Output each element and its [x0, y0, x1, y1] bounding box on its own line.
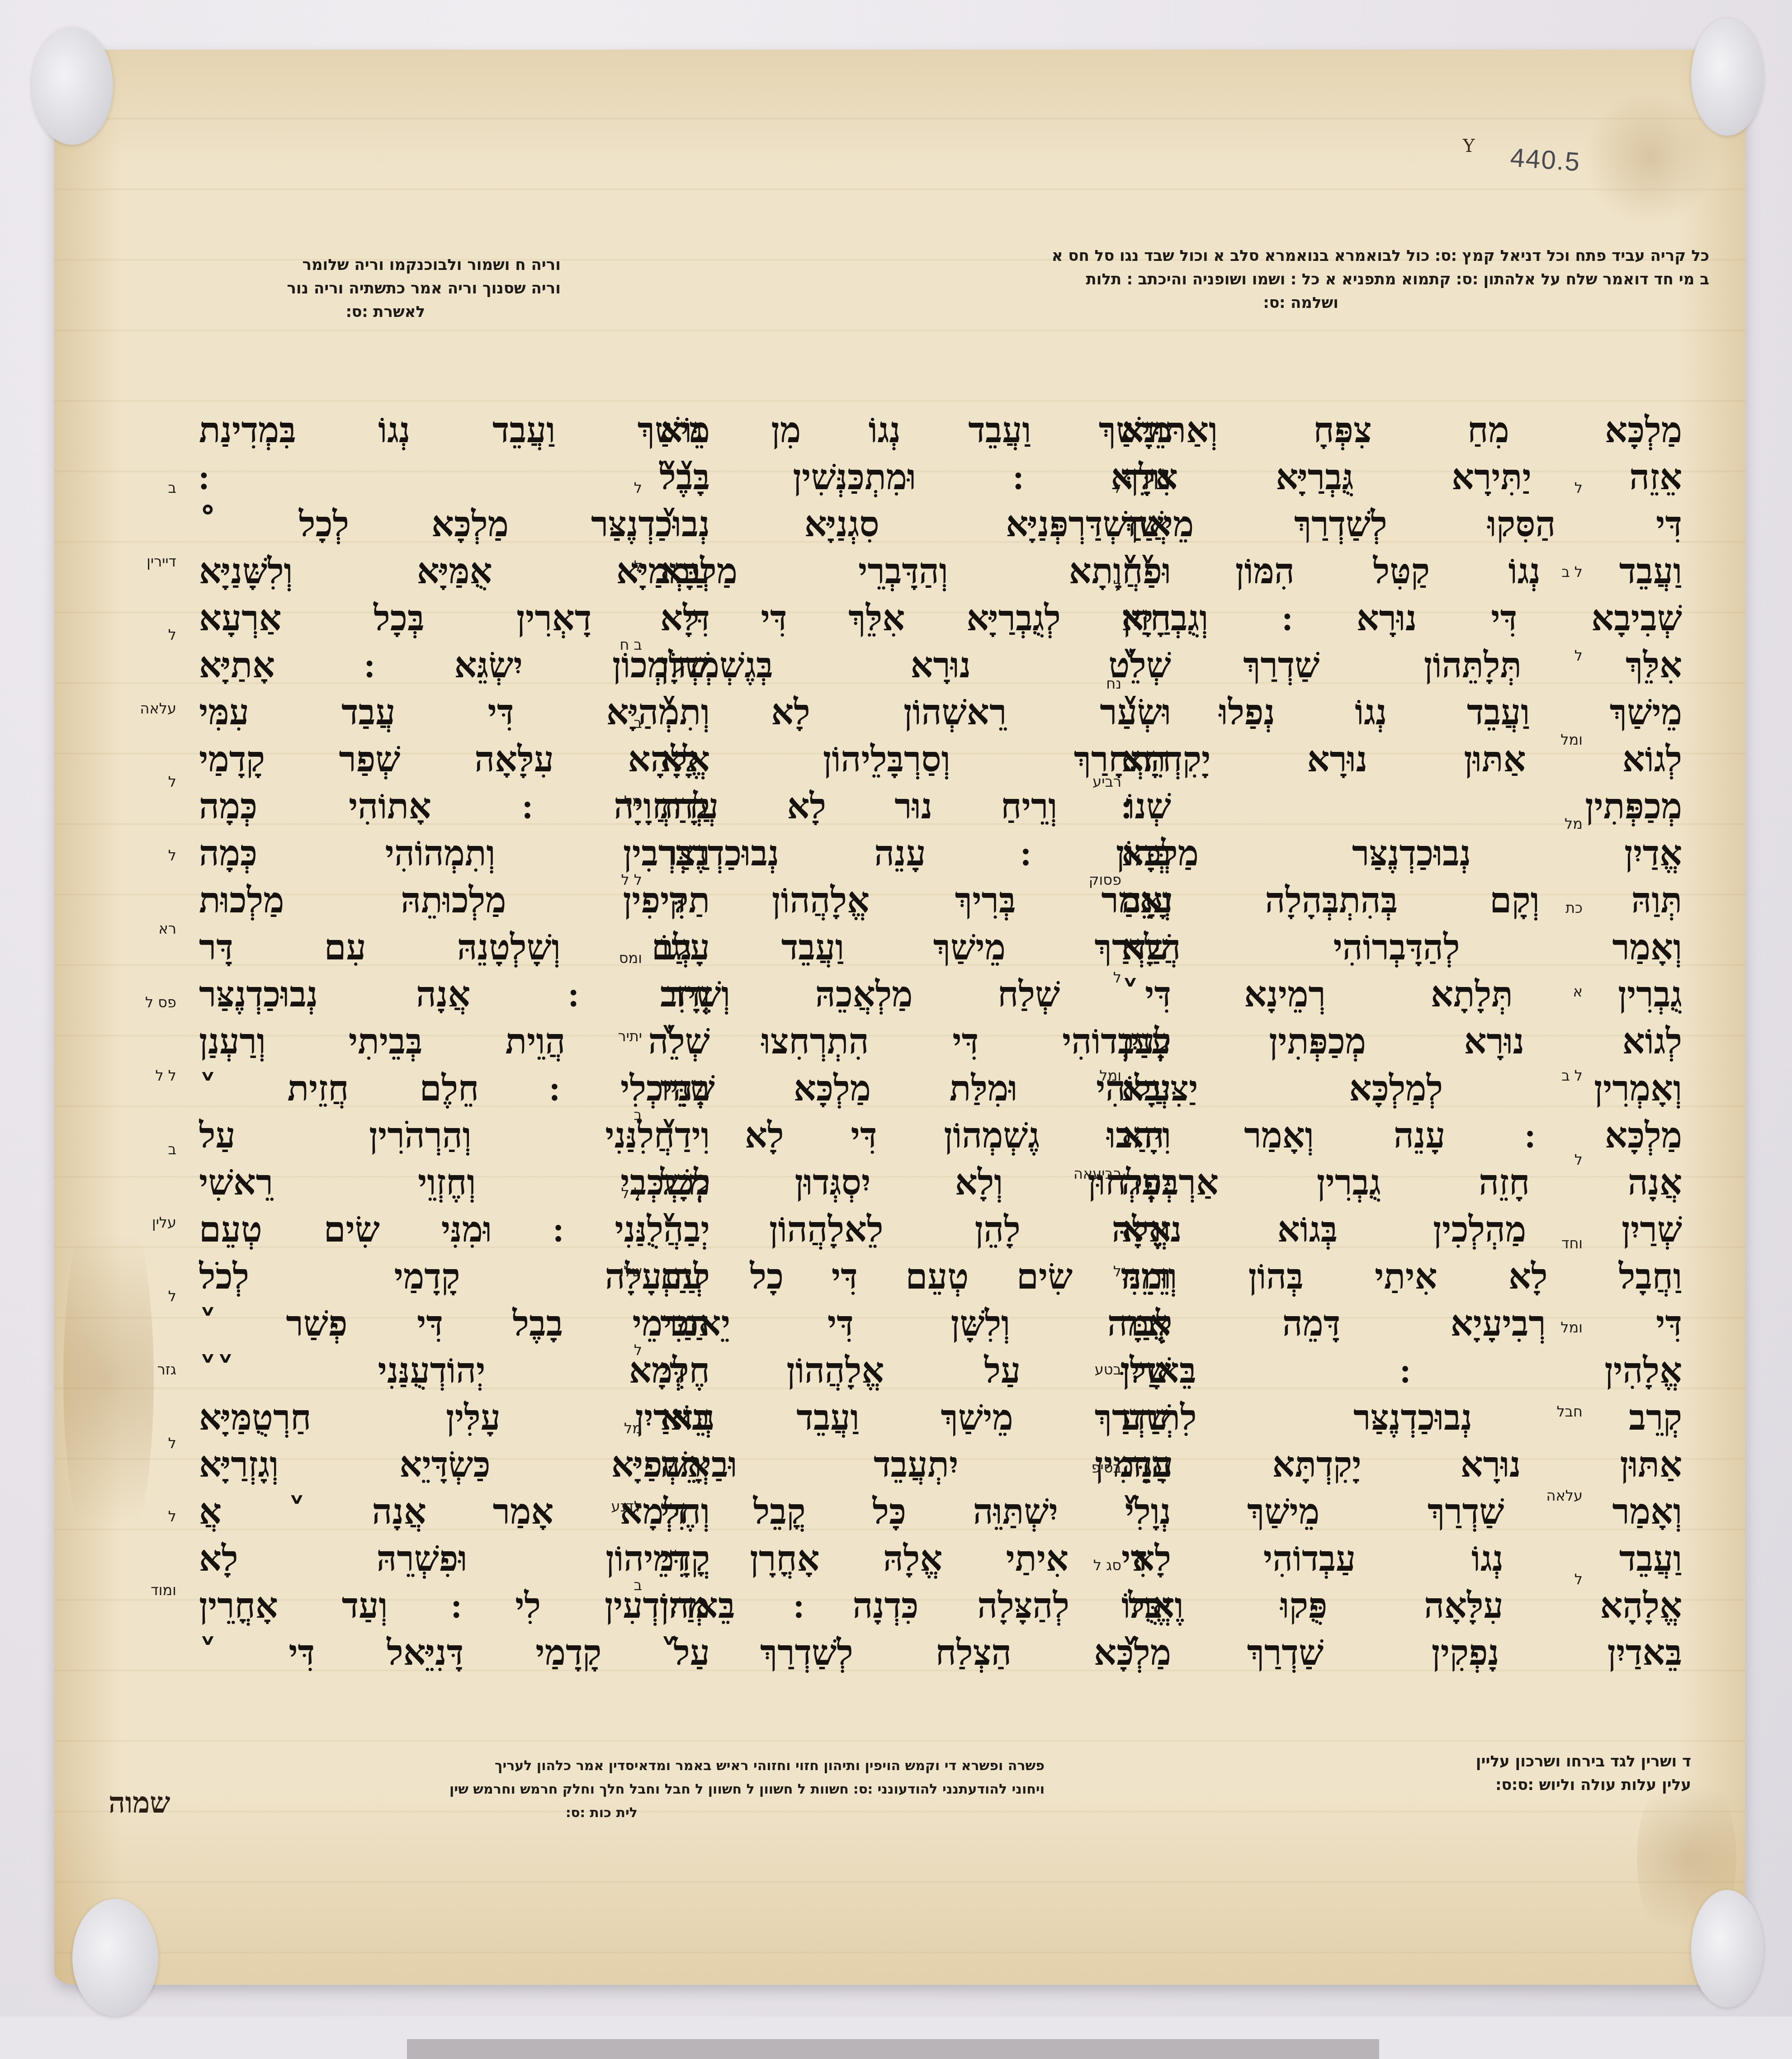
text-line: מֵישַׁךְ וַעֲבֵד נְגוֹ מִן גּוֹא: [660, 407, 1171, 454]
margin-note: ל: [634, 479, 642, 496]
margin-notes-far-left: בדייריןלעלאהללראפס לל לבעליןלגזרללומוד: [104, 452, 176, 1673]
margin-notes-right-middle: ללנחרביעפסוקלומלרביעאהלבטעבסיפסג ל: [1040, 452, 1121, 1673]
text-line: אֱלָהִין ׃ בֵּאדַיִן: [1121, 1347, 1682, 1394]
margin-note: דיירין: [147, 553, 176, 570]
margin-note: רביע: [1092, 773, 1121, 790]
margin-note: שלו: [619, 1263, 642, 1280]
text-line: שְׁרַיִן מַהְלְכִין בְּגוֹא נוּרָא: [1121, 1206, 1682, 1253]
text-line: וְאָמַר שַׁדְרַךְ מֵישַׁךְ ˅: [1121, 1488, 1682, 1535]
margin-note: בסיפ: [1092, 1459, 1121, 1476]
margin-note: נח: [1106, 675, 1121, 692]
text-column-right: מַלְכָּא מִחַ צִפְּחָ וְאַתּוּנָאאֵזֵה י…: [1121, 407, 1682, 1676]
text-line: אִלֵּךְ תְּלָתֵּהוֹן שַׁדְרַךְ ˅: [1121, 642, 1682, 689]
masorah-line: פשרה ופשרא די וקמש הויפין ותיהון חזוי וח…: [208, 1754, 1045, 1778]
margin-notes-far-right: לל בלומלמלכתאל בלוחדומלחבלעלאהל: [1519, 452, 1583, 1673]
masorah-magna-bottom-right: ד ושרין לגד בירחו ושרכון עליין עלין עלות…: [1158, 1750, 1691, 1797]
folio-number: 440.5: [1509, 142, 1581, 178]
mounting-clip-bottom-right: [1691, 1890, 1764, 2007]
margin-note: ל: [1113, 969, 1121, 986]
margin-note: רא: [159, 920, 176, 937]
margin-note: ל: [1575, 479, 1583, 496]
masorah-line: ב מי חד דואמר שלח על אלהתון ׃ס׃ קתמוא מת…: [859, 268, 1709, 291]
margin-note: ל ל: [621, 871, 642, 888]
margin-note: ל: [168, 1435, 176, 1452]
mounting-clip-bottom-left: [72, 1899, 158, 2016]
margin-note: פסוק: [1089, 871, 1121, 888]
margin-note: א: [1573, 983, 1583, 1000]
margin-note: ב: [168, 1141, 177, 1158]
tick-mark: Y: [1463, 136, 1475, 156]
margin-note: לדנע: [611, 1498, 643, 1515]
text-line: אֱלָהָא עִלָּאָה פֻּקוּ וֶאֱתוֹ: [1121, 1582, 1682, 1629]
masorah-magna-bottom-left: פשרה ופשרא די וקמש הויפין ותיהון חזוי וח…: [208, 1754, 1045, 1825]
masorah-magna-top-left: וריה ח ושמור ולבוכנקמו וריה שלומר וריה ש…: [208, 253, 561, 324]
margin-note: ומל: [1099, 1067, 1121, 1084]
margin-notes-middle-left: ללב חבמלל לומסיתירבל לשלולמללדנעב: [570, 452, 642, 1673]
masorah-line: ויחוני להודעתנני להודעונני ׃ס׃ חשוות ל ח…: [208, 1778, 1045, 1801]
margin-note: ל ב: [1561, 1067, 1583, 1084]
margin-note: סג ל: [1093, 1557, 1121, 1574]
text-line: וְאָמַר לְהַדָּבְרוֹהִי הֲלָא: [1121, 924, 1682, 971]
margin-note: ל: [168, 1508, 176, 1525]
masorah-line: עלין עלות עולה וליוש ׃ס׃ס׃: [1158, 1773, 1691, 1797]
margin-note: יתיר: [618, 1028, 642, 1045]
text-line: בֵּאדַיִן נָפְקִין שַׁדְרַךְ ˅: [1121, 1629, 1682, 1676]
margin-note: ל ב: [1561, 563, 1583, 581]
masorah-line: וריה ח ושמור ולבוכנקמו וריה שלומר: [208, 253, 561, 277]
text-line: אַתּוּן נוּרָא יָקִדְתָּא עָנֵה: [1121, 1441, 1682, 1488]
margin-note: וחד: [1561, 1235, 1583, 1252]
margin-note: פס ל: [145, 994, 176, 1011]
text-line: מַלְכָּא ׃ עָנֵה וְאָמַר הָא: [1121, 1112, 1682, 1159]
margin-note: ל: [634, 1341, 642, 1359]
margin-note: ל: [168, 847, 176, 864]
margin-note: ל: [1113, 1263, 1121, 1280]
catchword: שמוה: [109, 1786, 170, 1820]
margin-note: מל: [624, 793, 642, 810]
text-line: מֵישַׁךְ וַעֲבֵד נְגוֹ בִּמְדִינַת: [199, 407, 710, 454]
margin-note: עלין: [152, 1214, 176, 1231]
margin-note: כת: [1565, 899, 1583, 916]
margin-note: חבל: [1556, 1403, 1583, 1420]
margin-note: מל: [624, 1420, 642, 1437]
margin-note: ל: [168, 773, 176, 790]
text-line: וְאָמְרִין לְמַלְכָּא יַצִּיבָא: [1121, 1065, 1682, 1112]
text-line: וַחֲבָל לָא אִיתַי בְּהוֹן וְרֵוֵהּ: [1121, 1253, 1682, 1300]
margin-note: מל: [1565, 815, 1583, 832]
masorah-line: וריה שסנוך וריה אמר כתשתיה וריה נור: [208, 277, 561, 300]
margin-note: עלאה: [140, 700, 176, 717]
margin-note: ל: [634, 557, 642, 575]
margin-note: ל: [1575, 647, 1583, 664]
text-line: אֲנָה חָזֵה גֻבְרִין אַרְבְּעָה: [1121, 1159, 1682, 1206]
mounting-clip-top-left: [32, 27, 113, 145]
margin-note: ל: [1575, 1571, 1583, 1588]
margin-note: ומס: [619, 949, 642, 967]
margin-note: ל: [1113, 479, 1121, 496]
margin-note: עלאה: [1546, 1487, 1583, 1504]
text-line: אֵזֵה יַתִּירָא גֻּבְרַיָּא אִלֵּךְ: [1121, 454, 1682, 501]
margin-note: ל: [168, 626, 176, 643]
masorah-line: ד ושרין לגד בירחו ושרכון עליין: [1158, 1750, 1691, 1773]
margin-note: ל ל: [621, 1185, 642, 1202]
text-line: מֵישַׁךְ וַעֲבֵד נְגוֹ נְפַלוּ ˅: [1121, 689, 1682, 736]
text-line: דִּי הַסִּקוּ לְשַׁדְרַךְ מֵישַׁךְ: [1121, 501, 1682, 548]
masorah-line: ושלמה ׃ס׃: [859, 291, 1338, 315]
margin-note: ב: [168, 479, 177, 496]
margin-note: ומל: [1560, 731, 1583, 748]
margin-note: גזר: [157, 1361, 176, 1378]
margin-note: ומוד: [151, 1582, 176, 1599]
margin-note: ב: [634, 1106, 643, 1124]
margin-note: רביעאה: [1073, 1165, 1121, 1182]
text-line: שְׁבִיבָא דִּי נוּרָא ׃ וְגֻבְרַיָּא: [1121, 595, 1682, 642]
text-line: דִּי רְבִיעָיָא דָּמֵה לְבַר: [1121, 1300, 1682, 1347]
margin-note: ל: [1575, 1151, 1583, 1168]
margin-note: ומל: [1560, 1319, 1583, 1336]
masorah-line: כל קריה עביד פתח וכל דניאל קמץ ׃ס׃ כול ל…: [859, 244, 1709, 268]
margin-note: ל: [168, 1288, 176, 1305]
masorah-line: לית כות ׃ס׃: [208, 1801, 638, 1825]
margin-note: ב ח: [619, 636, 642, 653]
margin-note: ל: [1113, 577, 1121, 595]
margin-note: בטע: [1095, 1361, 1121, 1378]
masorah-line: לאשרת ׃ס׃: [208, 300, 425, 324]
margin-note: ל ל: [155, 1067, 176, 1084]
masorah-magna-top-right: כל קריה עביד פתח וכל דניאל קמץ ׃ס׃ כול ל…: [859, 244, 1709, 315]
text-line: וַעֲבֵד נְגוֹ עַבְדוֹהִי דִּי: [1121, 1535, 1682, 1582]
text-line: אֱדַיִן נְבוּכַדְנֶצַּר מַלְכָּא: [1121, 830, 1682, 877]
text-line: קְרֵב נְבוּכַדְנֶצַּר לִתְרַע: [1121, 1394, 1682, 1441]
text-line: גֻבְרִין תְּלָתָא רְמֵינָא ˅: [1121, 971, 1682, 1018]
text-line: תְּוַהּ וְקָם בְּהִתְבְּהָלָה עָנֵה: [1121, 877, 1682, 924]
margin-note: ב: [634, 1577, 643, 1594]
bottom-support-strip: [407, 2039, 1379, 2059]
text-line: מְכַפְּתִין ׃: [1121, 783, 1682, 830]
mounting-clip-top-right: [1691, 18, 1764, 136]
margin-note: ב: [634, 714, 643, 732]
text-line: לְגוֹא נוּרָא מְכַפְּתִין עָנַיִן: [1121, 1018, 1682, 1065]
text-line: וַעֲבֵד נְגוֹ קַטִּל הִמּוֹן ˅˅: [1121, 548, 1682, 595]
text-line: לְגוֹא אַתּוּן נוּרָא יָקִדְתָּא: [1121, 736, 1682, 783]
text-line: מַלְכָּא מִחַ צִפְּחָ וְאַתּוּנָא: [1121, 407, 1682, 454]
